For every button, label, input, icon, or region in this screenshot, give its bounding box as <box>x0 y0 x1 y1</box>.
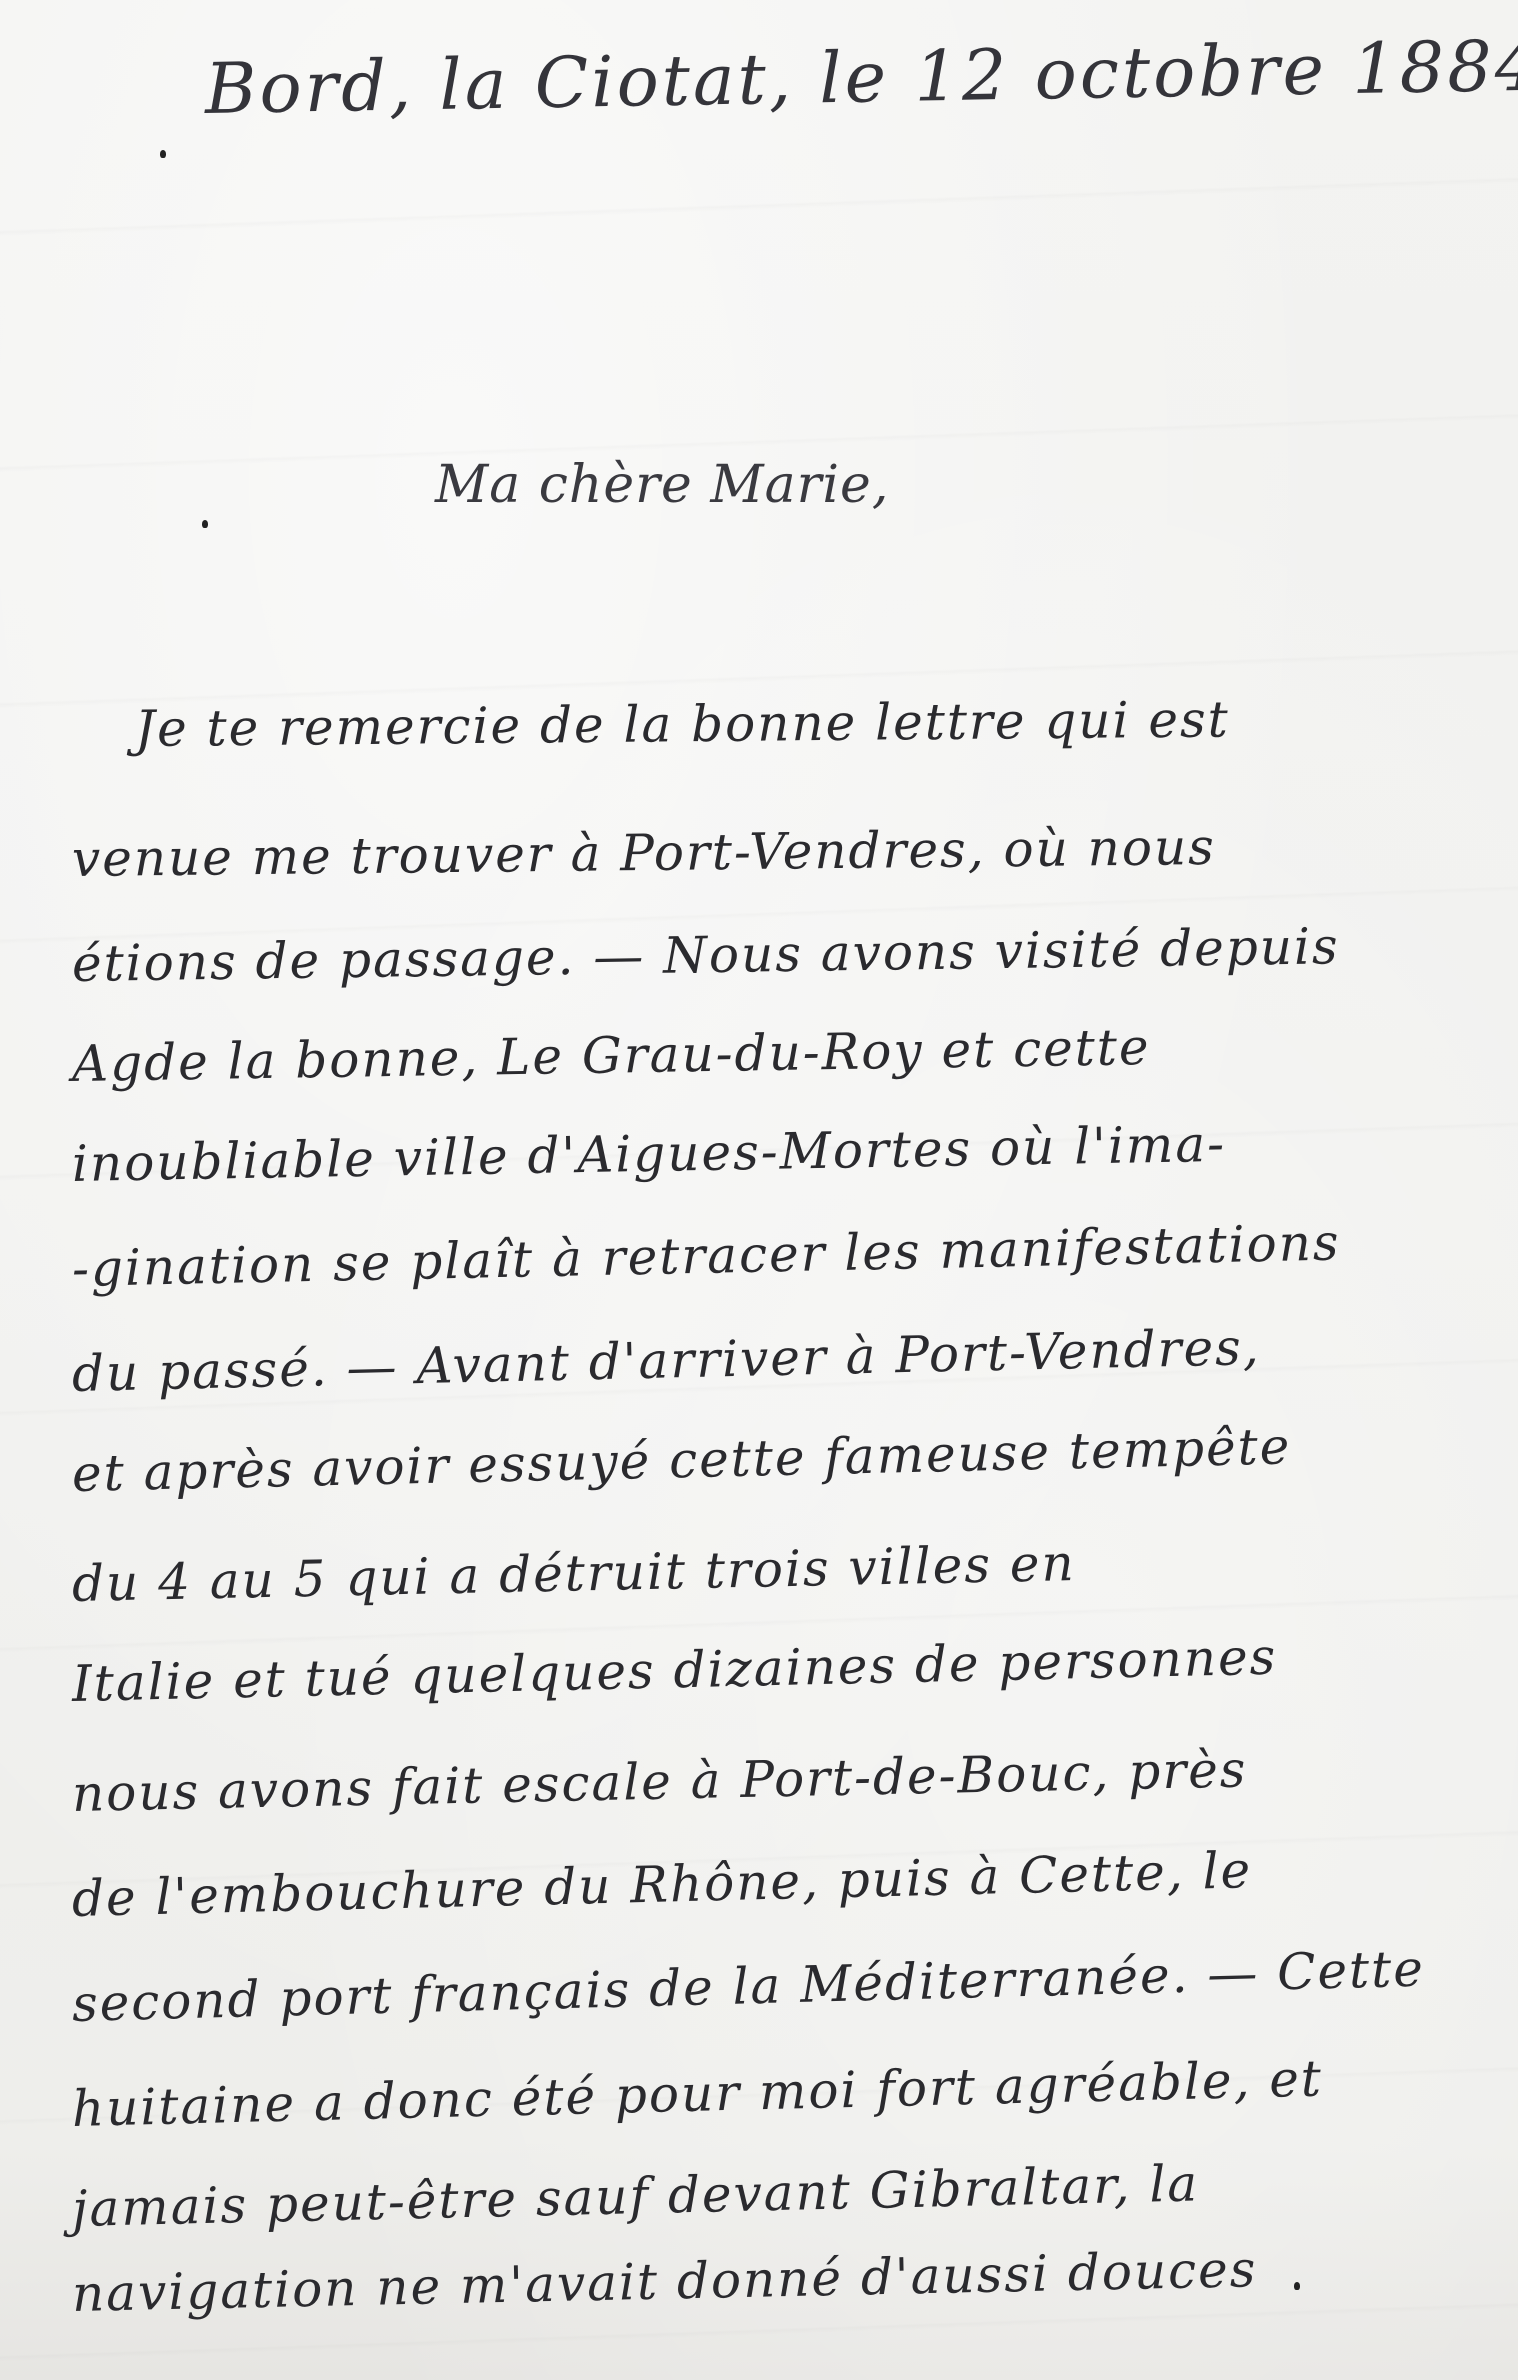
body-line: -gination se plaît à retracer les manife… <box>71 1213 1341 1298</box>
body-line: venue me trouver à Port-Vendres, où nous <box>72 818 1216 888</box>
body-line: second port français de la Méditerranée.… <box>71 1940 1425 2033</box>
body-line: Agde la bonne, Le Grau-du-Roy et cette <box>72 1018 1151 1093</box>
body-line: et après avoir essuyé cette fameuse temp… <box>71 1417 1292 1503</box>
body-line: du passé. — Avant d'arriver à Port-Vendr… <box>71 1318 1261 1403</box>
body-line: Je te remercie de la bonne lettre qui es… <box>135 690 1230 758</box>
ink-dot <box>1294 2282 1300 2290</box>
body-line: du 4 au 5 qui a détruit trois villes en <box>71 1534 1076 1613</box>
body-line: nous avons fait escale à Port-de-Bouc, p… <box>71 1740 1248 1823</box>
salutation: Ma chère Marie, <box>435 455 889 515</box>
body-line: inoubliable ville d'Aigues-Mortes où l'i… <box>71 1115 1226 1193</box>
ink-dot <box>160 150 166 158</box>
dateline: Bord, la Ciotat, le 12 octobre 1884 <box>204 25 1518 130</box>
body-line: de l'embouchure du Rhône, puis à Cette, … <box>71 1841 1252 1928</box>
letter-page: Bord, la Ciotat, le 12 octobre 1884 Ma c… <box>0 0 1518 2380</box>
body-line: navigation ne m'avait donné d'aussi douc… <box>71 2240 1258 2323</box>
body-line: jamais peut-être sauf devant Gibraltar, … <box>71 2154 1199 2238</box>
body-line: huitaine a donc été pour moi fort agréab… <box>71 2049 1323 2138</box>
body-line: étions de passage. — Nous avons visité d… <box>72 917 1340 993</box>
ink-dot <box>202 520 208 528</box>
body-line: Italie et tué quelques dizaines de perso… <box>71 1628 1278 1713</box>
